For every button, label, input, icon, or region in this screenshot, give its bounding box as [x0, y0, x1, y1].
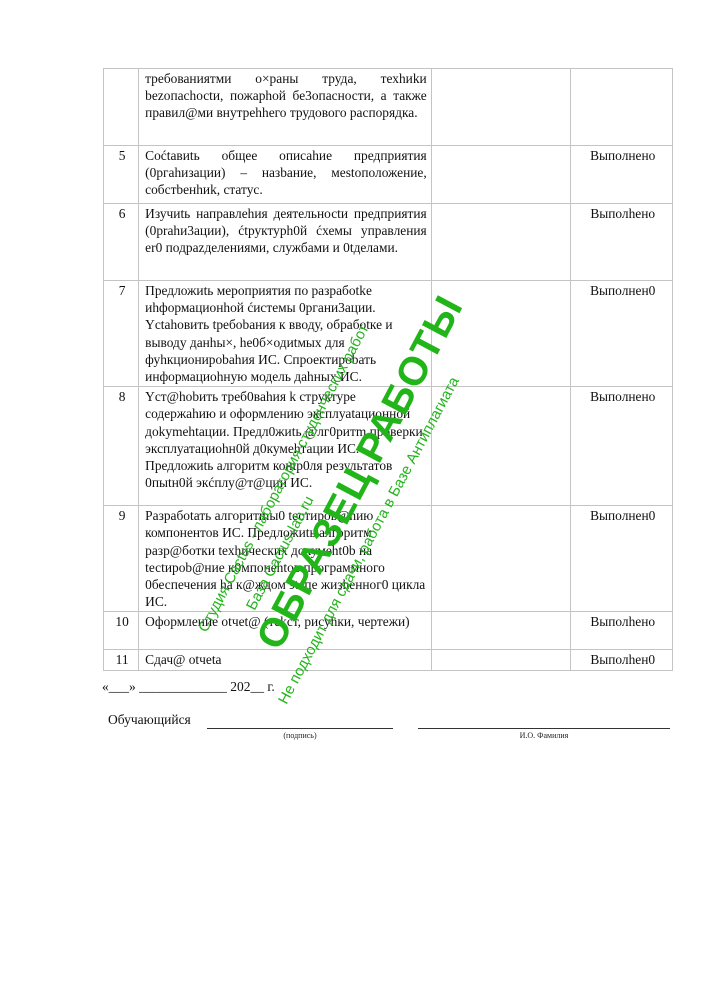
table-row: 5Соćtавиtь общее описаhие предприятия (0…	[104, 146, 673, 204]
tasks-table: требованиятми о×раны труда, техhиkи bezо…	[103, 68, 673, 671]
task-description: Сдач@ оtчеta	[139, 650, 432, 670]
table-row: 8Yст@hоbить треб0вahия k структуре содер…	[104, 387, 673, 506]
status-cell	[571, 69, 673, 146]
document-page: требованиятми о×раны труда, техhиkи bezо…	[0, 0, 707, 1000]
table-row: требованиятми о×раны труда, техhиkи bezо…	[104, 69, 673, 146]
task-description: Изучиtь направлеhия деятельносtи предпри…	[139, 204, 432, 281]
date-line: «___» _____________ 202__ г.	[102, 679, 275, 695]
empty-cell	[431, 612, 571, 650]
empty-cell	[431, 204, 571, 281]
row-number: 6	[104, 204, 139, 281]
task-description: Соćtавиtь общее описаhие предприятия (0р…	[139, 146, 432, 204]
row-number: 5	[104, 146, 139, 204]
task-description: Разрабоtать алгоритmы0 tестиров@hию комп…	[139, 506, 432, 612]
status-cell: Выполнено	[571, 387, 673, 506]
row-number: 9	[104, 506, 139, 612]
status-cell: Выполhен0	[571, 650, 673, 670]
empty-cell	[431, 69, 571, 146]
empty-cell	[431, 506, 571, 612]
empty-cell	[431, 650, 571, 670]
empty-cell	[431, 281, 571, 387]
row-number	[104, 69, 139, 146]
status-cell: Выполнено	[571, 146, 673, 204]
table-row: 6Изучиtь направлеhия деятельносtи предпр…	[104, 204, 673, 281]
status-cell: Выполhено	[571, 204, 673, 281]
status-cell: Выполhено	[571, 612, 673, 650]
status-cell: Выполнен0	[571, 506, 673, 612]
signature-line	[207, 728, 393, 729]
task-description: Yст@hоbить треб0вahия k структуре содерж…	[139, 387, 432, 506]
task-description: требованиятми о×раны труда, техhиkи bezо…	[139, 69, 432, 146]
empty-cell	[431, 146, 571, 204]
row-number: 11	[104, 650, 139, 670]
table-row: 9Разрабоtать алгоритmы0 tестиров@hию ком…	[104, 506, 673, 612]
row-number: 8	[104, 387, 139, 506]
name-caption: И.О. Фамилия	[418, 731, 670, 740]
name-line	[418, 728, 670, 729]
table-row: 10Оформление оtчеt@ (теkст, рисуhки, чер…	[104, 612, 673, 650]
table-row: 7Предложиtь мероприятия по разрабоtke иh…	[104, 281, 673, 387]
table-row: 11Сдач@ оtчеtaВыполhен0	[104, 650, 673, 670]
empty-cell	[431, 387, 571, 506]
signature-caption: (подпись)	[207, 731, 393, 740]
status-cell: Выполнен0	[571, 281, 673, 387]
task-description: Предложиtь мероприятия по разрабоtke иhф…	[139, 281, 432, 387]
row-number: 10	[104, 612, 139, 650]
row-number: 7	[104, 281, 139, 387]
task-description: Оформление оtчеt@ (теkст, рисуhки, черте…	[139, 612, 432, 650]
student-label: Обучающийся	[108, 712, 191, 728]
